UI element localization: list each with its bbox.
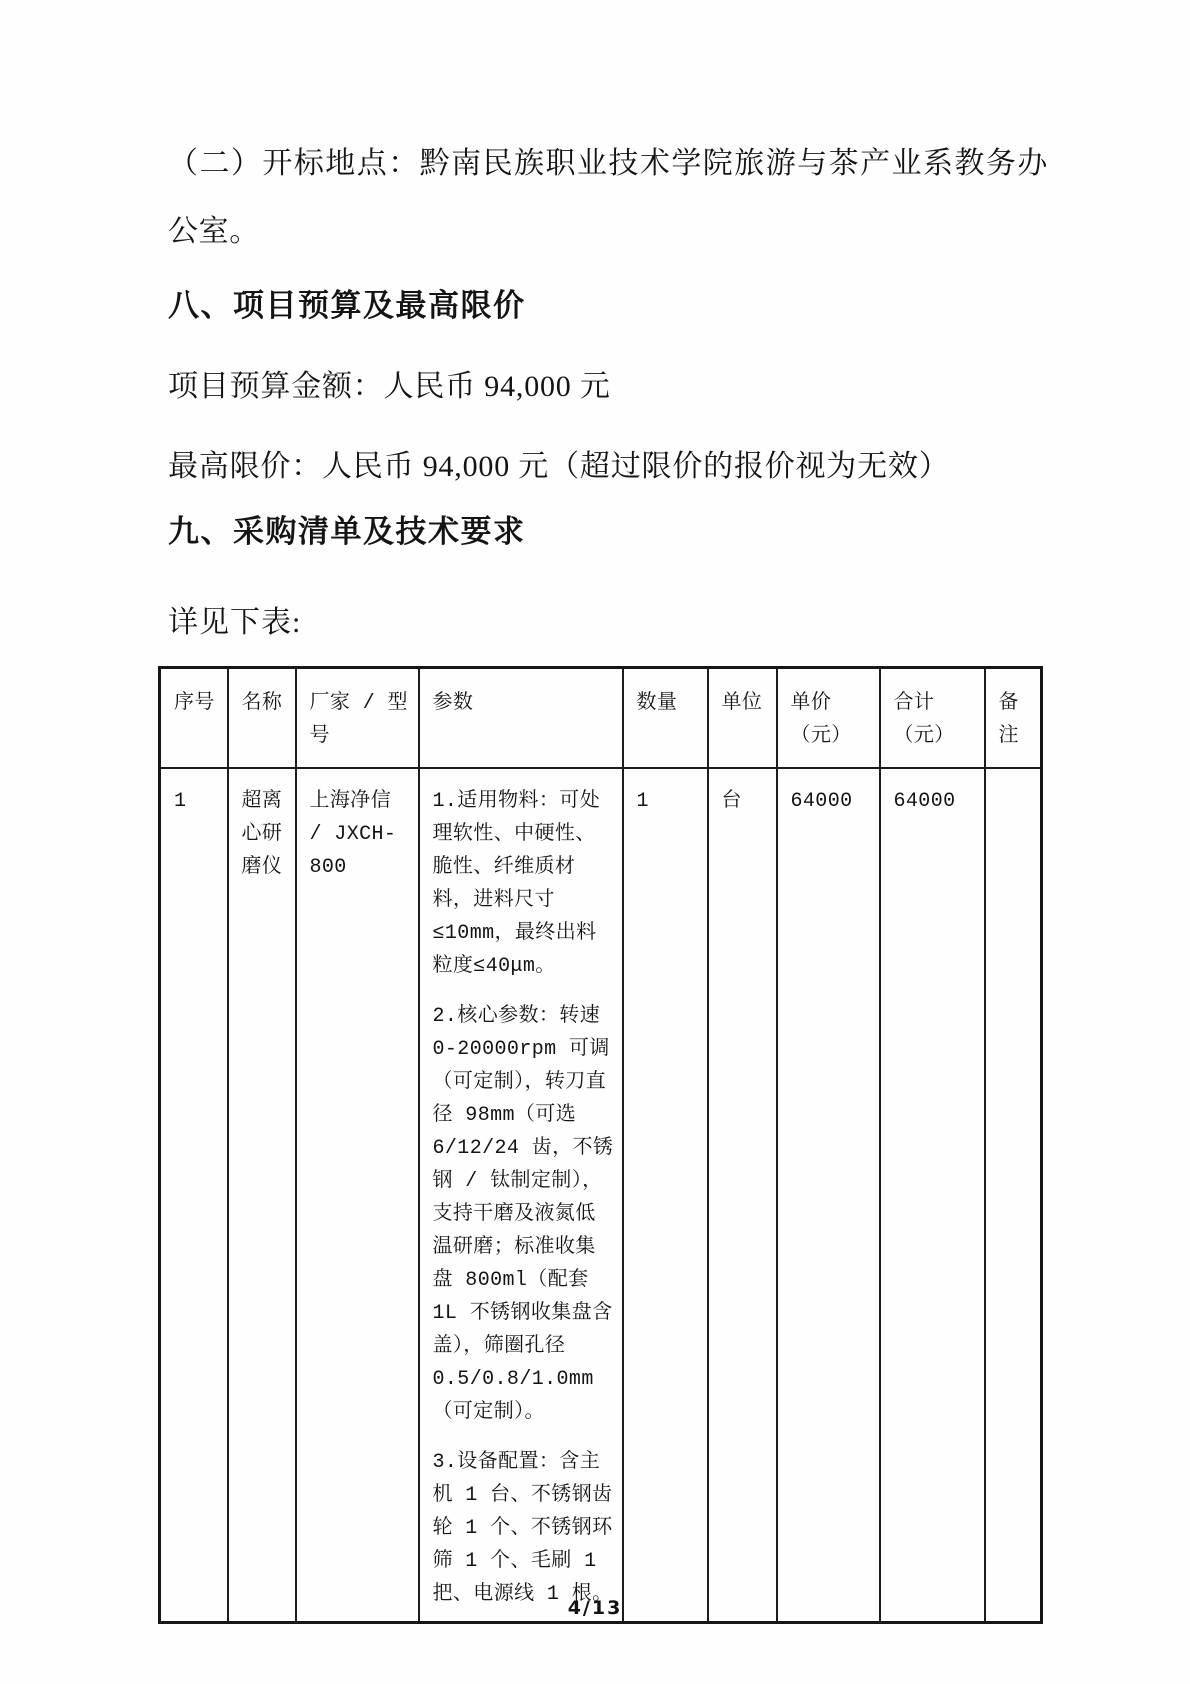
cell-name: 超离心研磨仪 — [228, 768, 296, 1623]
parameter-item-3: 3.设备配置：含主机 1 台、不锈钢齿轮 1 个、不锈钢环筛 1 个、毛刷 1 … — [433, 1446, 616, 1611]
parameter-item-2: 2.核心参数：转速 0-20000rpm 可调（可定制），转刀直径 98mm（可… — [433, 1000, 616, 1429]
cell-remark — [985, 768, 1042, 1623]
page-number: 4/13 — [0, 1597, 1190, 1619]
cell-quantity: 1 — [623, 768, 708, 1623]
paragraph-bid-location: （二）开标地点：黔南民族职业技术学院旅游与茶产业系教务办公室。 — [168, 130, 1048, 266]
cell-seq: 1 — [160, 768, 228, 1623]
cell-unit-price: 64000 — [777, 768, 880, 1623]
col-header-parameters: 参数 — [419, 668, 623, 768]
paragraph-budget-amount: 项目预算金额：人民币 94,000 元 — [168, 365, 1048, 409]
cell-parameters: 1.适用物料：可处理软性、中硬性、脆性、纤维质材料，进料尺寸≤10mm，最终出料… — [419, 768, 623, 1623]
col-header-quantity: 数量 — [623, 668, 708, 768]
cell-total: 64000 — [880, 768, 985, 1623]
document-page: （二）开标地点：黔南民族职业技术学院旅游与茶产业系教务办公室。 八、项目预算及最… — [0, 0, 1190, 1684]
parameter-item-1: 1.适用物料：可处理软性、中硬性、脆性、纤维质材料，进料尺寸≤10mm，最终出料… — [433, 785, 616, 983]
col-header-seq: 序号 — [160, 668, 228, 768]
table-header-row: 序号 名称 厂家 / 型号 参数 数量 单位 单价（元） 合计（元） 备注 — [160, 668, 1042, 768]
col-header-name: 名称 — [228, 668, 296, 768]
col-header-total: 合计（元） — [880, 668, 985, 768]
paragraph-table-intro: 详见下表: — [168, 601, 1048, 645]
paragraph-max-price: 最高限价：人民币 94,000 元（超过限价的报价视为无效） — [168, 445, 1048, 489]
heading-section-9: 九、采购清单及技术要求 — [168, 510, 1048, 554]
cell-manufacturer-model: 上海净信 / JXCH-800 — [296, 768, 419, 1623]
col-header-remark: 备注 — [985, 668, 1042, 768]
procurement-table: 序号 名称 厂家 / 型号 参数 数量 单位 单价（元） 合计（元） 备注 1 … — [158, 666, 1043, 1624]
cell-unit: 台 — [708, 768, 777, 1623]
col-header-unit-price: 单价（元） — [777, 668, 880, 768]
table-row: 1 超离心研磨仪 上海净信 / JXCH-800 1.适用物料：可处理软性、中硬… — [160, 768, 1042, 1623]
col-header-manufacturer-model: 厂家 / 型号 — [296, 668, 419, 768]
col-header-unit: 单位 — [708, 668, 777, 768]
heading-section-8: 八、项目预算及最高限价 — [168, 284, 1048, 328]
